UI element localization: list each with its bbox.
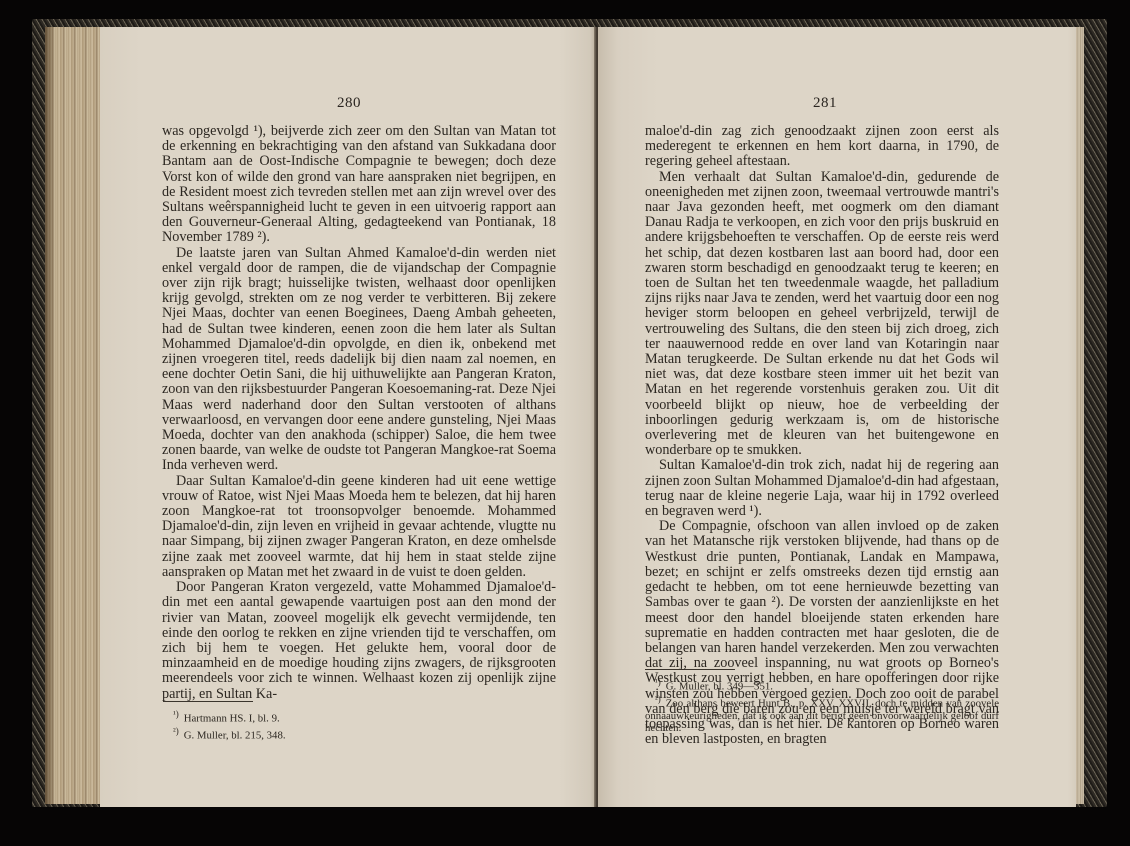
- right-page-body: maloe'd-din zag zich genoodzaakt zijnen …: [645, 124, 999, 747]
- left-page-body: was opgevolgd ¹), beijverde zich zeer om…: [162, 124, 556, 702]
- left-paragraph-1: was opgevolgd ¹), beijverde zich zeer om…: [162, 124, 556, 246]
- right-footnote-1: ¹)G. Muller, bl. 349—351.: [645, 676, 999, 693]
- right-footnote-2: ²)Zoo althans beweert Hunt B., p. XXV, X…: [645, 693, 999, 735]
- page-edges-left: [45, 27, 103, 804]
- left-footnote-1: ¹)Hartmann HS. I, bl. 9.: [163, 708, 557, 725]
- right-paragraph-3: Sultan Kamaloe'd-din trok zich, nadat hi…: [645, 458, 999, 519]
- left-footnotes: ¹)Hartmann HS. I, bl. 9. ²)G. Muller, bl…: [163, 708, 557, 742]
- right-page-number: 281: [813, 95, 837, 112]
- left-paragraph-2: De laatste jaren van Sultan Ahmed Kamalo…: [162, 246, 556, 474]
- left-paragraph-3: Daar Sultan Kamaloe'd-din geene kinderen…: [162, 474, 556, 580]
- right-footnote-rule: [645, 669, 735, 670]
- left-paragraph-4: Door Pangeran Kraton vergezeld, vatte Mo…: [162, 580, 556, 702]
- left-footnote-rule: [163, 701, 253, 702]
- left-footnote-2: ²)G. Muller, bl. 215, 348.: [163, 725, 557, 742]
- page-edges-right: [1076, 27, 1084, 804]
- right-paragraph-1: maloe'd-din zag zich genoodzaakt zijnen …: [645, 124, 999, 170]
- left-page-number: 280: [337, 95, 361, 112]
- book-photo: 280 was opgevolgd ¹), beijverde zich zee…: [0, 0, 1130, 846]
- right-footnotes: ¹)G. Muller, bl. 349—351. ²)Zoo althans …: [645, 676, 999, 735]
- right-paragraph-2: Men verhaalt dat Sultan Kamaloe'd-din, g…: [645, 170, 999, 459]
